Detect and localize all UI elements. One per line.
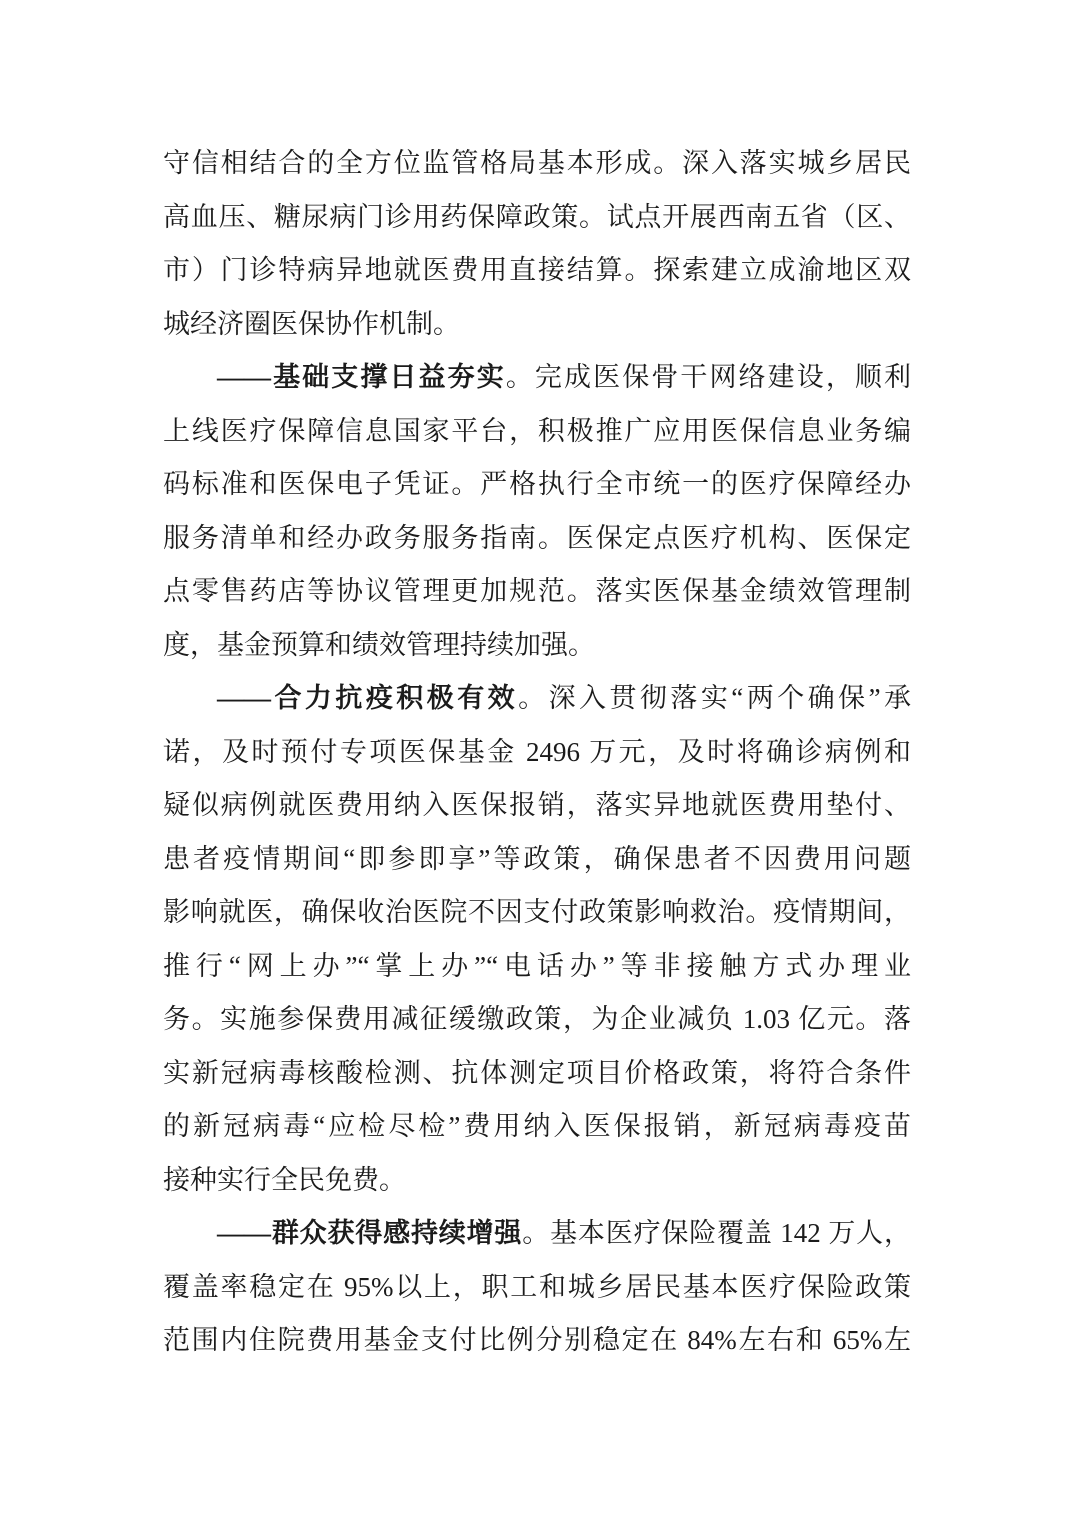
text-line: 范围内住院费用基金支付比例分别稳定在 84%左右和 65%左 [163,1314,911,1368]
text-line: 高血压、糖尿病门诊用药保障政策。试点开展西南五省（区、 [163,191,911,245]
text-line: 码标准和医保电子凭证。严格执行全市统一的医疗保障经办 [163,458,911,512]
text-line: 的新冠病毒“应检尽检”费用纳入医保报销，新冠病毒疫苗 [163,1100,911,1154]
paragraph: ——基础支撑日益夯实。完成医保骨干网络建设，顺利上线医疗保障信息国家平台，积极推… [163,351,911,672]
text-line: 疑似病例就医费用纳入医保报销，落实异地就医费用垫付、 [163,779,911,833]
paragraph: ——合力抗疫积极有效。深入贯彻落实“两个确保”承诺，及时预付专项医保基金 249… [163,672,911,1207]
em-dash: —— [217,1207,271,1261]
text-line: 服务清单和经办政务服务指南。医保定点医疗机构、医保定 [163,512,911,566]
body-text: 诺，及时预付专项医保基金 2496 万元，及时将确诊病例和 [163,737,911,767]
body-text: 。完成医保骨干网络建设，顺利 [506,362,911,392]
body-text: 疑似病例就医费用纳入医保报销，落实异地就医费用垫付、 [163,790,911,820]
section-heading: 合力抗疫积极有效 [271,683,518,713]
body-text: 守信相结合的全方位监管格局基本形成。深入落实城乡居民 [163,148,911,178]
document-page: 守信相结合的全方位监管格局基本形成。深入落实城乡居民高血压、糖尿病门诊用药保障政… [0,0,1074,1520]
body-text: 码标准和医保电子凭证。严格执行全市统一的医疗保障经办 [163,469,911,499]
text-line: 推行“网上办”“掌上办”“电话办”等非接触方式办理业 [163,940,911,994]
body-text: 范围内住院费用基金支付比例分别稳定在 84%左右和 65%左 [163,1325,911,1355]
body-text: 点零售药店等协议管理更加规范。落实医保基金绩效管理制 [163,576,911,606]
text-line: 影响就医，确保收治医院不因支付政策影响救治。疫情期间， [163,886,911,940]
text-line: 点零售药店等协议管理更加规范。落实医保基金绩效管理制 [163,565,911,619]
body-text: 接种实行全民免费。 [163,1165,406,1195]
text-line: 实新冠病毒核酸检测、抗体测定项目价格政策，将符合条件 [163,1047,911,1101]
body-text: 城经济圈医保协作机制。 [163,309,460,339]
em-dash: —— [217,351,271,405]
text-line: 覆盖率稳定在 95%以上，职工和城乡居民基本医疗保险政策 [163,1261,911,1315]
section-heading: 群众获得感持续增强 [271,1218,522,1248]
text-line: 务。实施参保费用减征缓缴政策，为企业减负 1.03 亿元。落 [163,993,911,1047]
paragraph: ——群众获得感持续增强。基本医疗保险覆盖 142 万人，覆盖率稳定在 95%以上… [163,1207,911,1368]
text-line: 接种实行全民免费。 [163,1154,911,1208]
body-text: 。深入贯彻落实“两个确保”承 [518,683,911,713]
body-text: 上线医疗保障信息国家平台，积极推广应用医保信息业务编 [163,416,911,446]
body-text: 市）门诊特病异地就医费用直接结算。探索建立成渝地区双 [163,255,911,285]
text-line: 度，基金预算和绩效管理持续加强。 [163,619,911,673]
document-body: 守信相结合的全方位监管格局基本形成。深入落实城乡居民高血压、糖尿病门诊用药保障政… [163,137,911,1368]
text-line: 城经济圈医保协作机制。 [163,298,911,352]
body-text: 实新冠病毒核酸检测、抗体测定项目价格政策，将符合条件 [163,1058,911,1088]
text-line: 上线医疗保障信息国家平台，积极推广应用医保信息业务编 [163,405,911,459]
body-text: 覆盖率稳定在 95%以上，职工和城乡居民基本医疗保险政策 [163,1272,911,1302]
em-dash: —— [217,672,271,726]
section-heading: 基础支撑日益夯实 [271,362,506,392]
text-line: ——合力抗疫积极有效。深入贯彻落实“两个确保”承 [163,672,911,726]
body-text: 患者疫情期间“即参即享”等政策，确保患者不因费用问题 [163,844,911,874]
text-line: 市）门诊特病异地就医费用直接结算。探索建立成渝地区双 [163,244,911,298]
paragraph: 守信相结合的全方位监管格局基本形成。深入落实城乡居民高血压、糖尿病门诊用药保障政… [163,137,911,351]
body-text: 务。实施参保费用减征缓缴政策，为企业减负 1.03 亿元。落 [163,1004,911,1034]
body-text: 度，基金预算和绩效管理持续加强。 [163,630,595,660]
body-text: 影响就医，确保收治医院不因支付政策影响救治。疫情期间， [163,897,911,927]
text-line: 诺，及时预付专项医保基金 2496 万元，及时将确诊病例和 [163,726,911,780]
body-text: 。基本医疗保险覆盖 142 万人， [522,1218,911,1248]
text-line: 守信相结合的全方位监管格局基本形成。深入落实城乡居民 [163,137,911,191]
body-text: 的新冠病毒“应检尽检”费用纳入医保报销，新冠病毒疫苗 [163,1111,911,1141]
body-text: 服务清单和经办政务服务指南。医保定点医疗机构、医保定 [163,523,911,553]
text-line: 患者疫情期间“即参即享”等政策，确保患者不因费用问题 [163,833,911,887]
body-text: 推行“网上办”“掌上办”“电话办”等非接触方式办理业 [163,951,911,981]
body-text: 高血压、糖尿病门诊用药保障政策。试点开展西南五省（区、 [163,202,911,232]
text-line: ——基础支撑日益夯实。完成医保骨干网络建设，顺利 [163,351,911,405]
text-line: ——群众获得感持续增强。基本医疗保险覆盖 142 万人， [163,1207,911,1261]
